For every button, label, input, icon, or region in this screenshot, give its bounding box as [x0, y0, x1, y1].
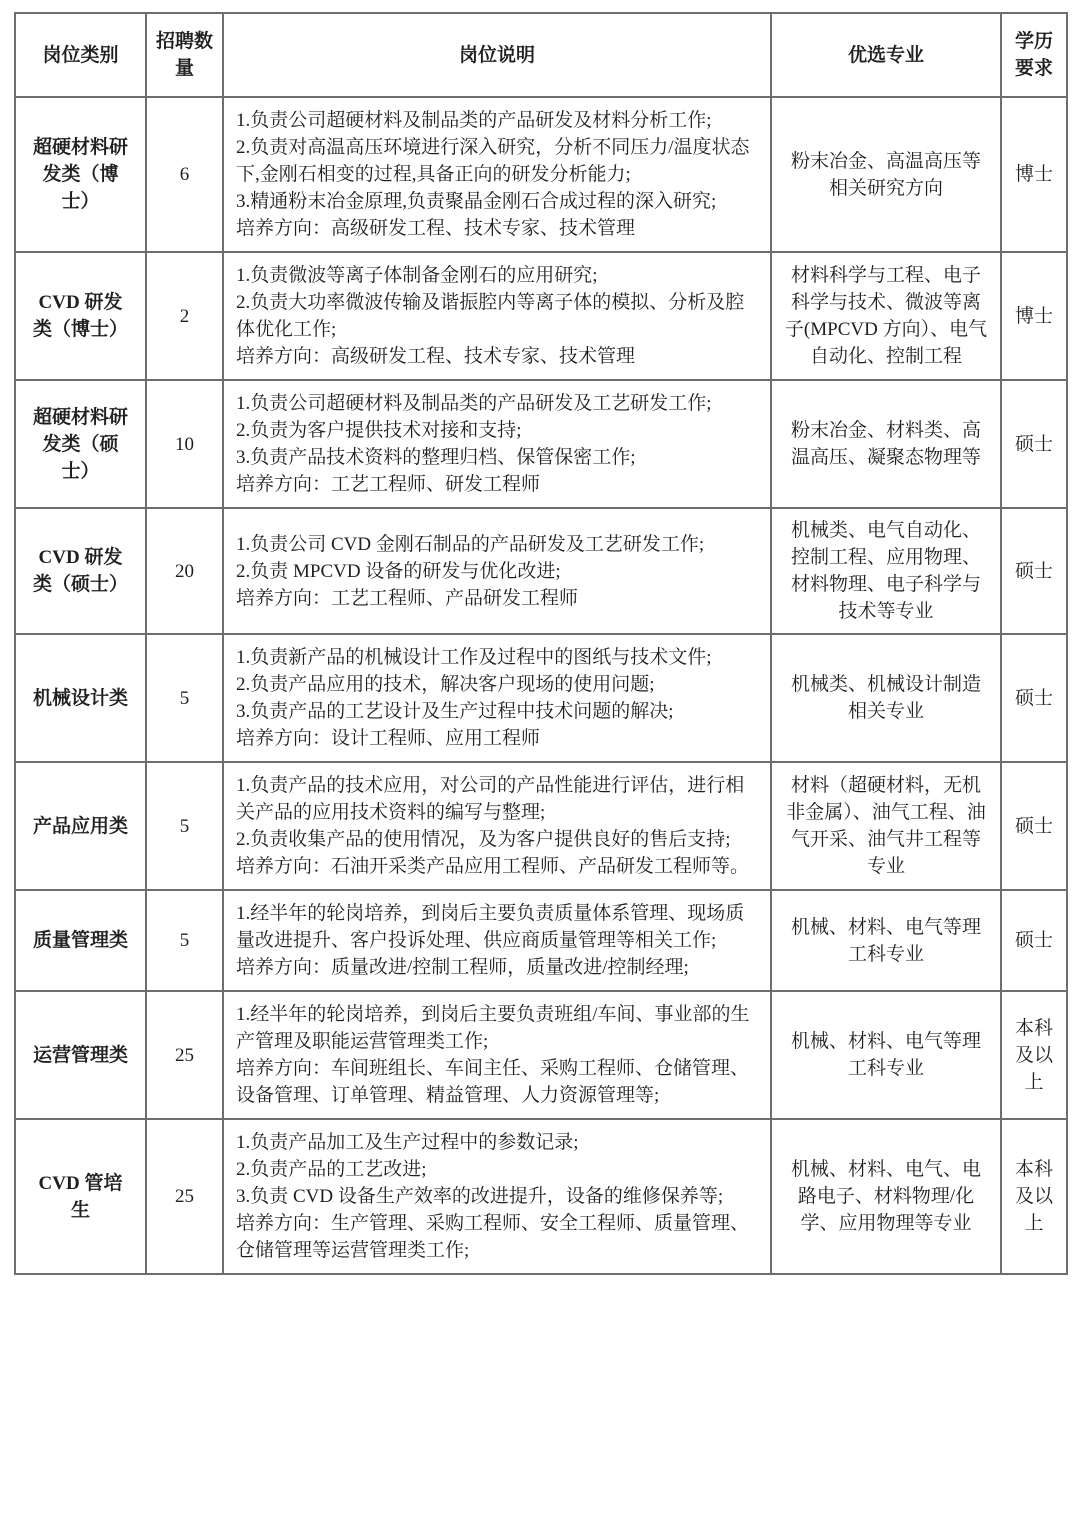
header-category: 岗位类别	[15, 13, 146, 97]
description-cell: 1.负责产品加工及生产过程中的参数记录;2.负责产品的工艺改进;3.负责 CVD…	[223, 1119, 771, 1274]
header-row: 岗位类别 招聘数量 岗位说明 优选专业 学历要求	[15, 13, 1067, 97]
education-cell: 博士	[1001, 252, 1067, 380]
category-cell: 超硬材料研发类（硕士）	[15, 380, 146, 508]
description-cell: 1.负责公司超硬材料及制品类的产品研发及材料分析工作;2.负责对高温高压环境进行…	[223, 97, 771, 252]
majors-cell: 材料科学与工程、电子科学与技术、微波等离子(MPCVD 方向）、电气自动化、控制…	[771, 252, 1001, 380]
education-cell: 硕士	[1001, 634, 1067, 762]
majors-cell: 机械类、机械设计制造相关专业	[771, 634, 1001, 762]
header-count: 招聘数量	[146, 13, 223, 97]
table-row: 超硬材料研发类（博士） 6 1.负责公司超硬材料及制品类的产品研发及材料分析工作…	[15, 97, 1067, 252]
majors-cell: 机械类、电气自动化、控制工程、应用物理、材料物理、电子科学与技术等专业	[771, 508, 1001, 634]
table-row: CVD 研发类（博士） 2 1.负责微波等离子体制备金刚石的应用研究;2.负责大…	[15, 252, 1067, 380]
description-cell: 1.负责产品的技术应用，对公司的产品性能进行评估，进行相关产品的应用技术资料的编…	[223, 762, 771, 890]
description-cell: 1.经半年的轮岗培养，到岗后主要负责班组/车间、事业部的生产管理及职能运营管理类…	[223, 991, 771, 1119]
count-cell: 2	[146, 252, 223, 380]
header-education: 学历要求	[1001, 13, 1067, 97]
majors-cell: 粉末冶金、材料类、高温高压、凝聚态物理等	[771, 380, 1001, 508]
majors-cell: 机械、材料、电气等理工科专业	[771, 890, 1001, 991]
category-cell: CVD 研发类（博士）	[15, 252, 146, 380]
count-cell: 5	[146, 634, 223, 762]
description-cell: 1.负责公司 CVD 金刚石制品的产品研发及工艺研发工作;2.负责 MPCVD …	[223, 508, 771, 634]
majors-cell: 机械、材料、电气、电路电子、材料物理/化学、应用物理等专业	[771, 1119, 1001, 1274]
table-header: 岗位类别 招聘数量 岗位说明 优选专业 学历要求	[15, 13, 1067, 97]
majors-cell: 机械、材料、电气等理工科专业	[771, 991, 1001, 1119]
table-row: 质量管理类 5 1.经半年的轮岗培养，到岗后主要负责质量体系管理、现场质量改进提…	[15, 890, 1067, 991]
education-cell: 硕士	[1001, 762, 1067, 890]
category-cell: 产品应用类	[15, 762, 146, 890]
description-cell: 1.负责微波等离子体制备金刚石的应用研究;2.负责大功率微波传输及谐振腔内等离子…	[223, 252, 771, 380]
majors-cell: 粉末冶金、高温高压等相关研究方向	[771, 97, 1001, 252]
recruitment-table: 岗位类别 招聘数量 岗位说明 优选专业 学历要求 超硬材料研发类（博士） 6 1…	[14, 12, 1068, 1275]
count-cell: 10	[146, 380, 223, 508]
table-row: 超硬材料研发类（硕士） 10 1.负责公司超硬材料及制品类的产品研发及工艺研发工…	[15, 380, 1067, 508]
table-row: CVD 管培生 25 1.负责产品加工及生产过程中的参数记录;2.负责产品的工艺…	[15, 1119, 1067, 1274]
count-cell: 5	[146, 762, 223, 890]
education-cell: 本科及以上	[1001, 991, 1067, 1119]
table-body: 超硬材料研发类（博士） 6 1.负责公司超硬材料及制品类的产品研发及材料分析工作…	[15, 97, 1067, 1274]
table-row: CVD 研发类（硕士） 20 1.负责公司 CVD 金刚石制品的产品研发及工艺研…	[15, 508, 1067, 634]
table-row: 机械设计类 5 1.负责新产品的机械设计工作及过程中的图纸与技术文件;2.负责产…	[15, 634, 1067, 762]
education-cell: 博士	[1001, 97, 1067, 252]
count-cell: 20	[146, 508, 223, 634]
education-cell: 硕士	[1001, 890, 1067, 991]
count-cell: 5	[146, 890, 223, 991]
document-page: 岗位类别 招聘数量 岗位说明 优选专业 学历要求 超硬材料研发类（博士） 6 1…	[0, 0, 1080, 1519]
category-cell: 运营管理类	[15, 991, 146, 1119]
header-majors: 优选专业	[771, 13, 1001, 97]
majors-cell: 材料（超硬材料，无机非金属）、油气工程、油气开采、油气井工程等专业	[771, 762, 1001, 890]
description-cell: 1.负责公司超硬材料及制品类的产品研发及工艺研发工作;2.负责为客户提供技术对接…	[223, 380, 771, 508]
category-cell: 超硬材料研发类（博士）	[15, 97, 146, 252]
count-cell: 6	[146, 97, 223, 252]
category-cell: 质量管理类	[15, 890, 146, 991]
education-cell: 硕士	[1001, 380, 1067, 508]
header-description: 岗位说明	[223, 13, 771, 97]
category-cell: 机械设计类	[15, 634, 146, 762]
table-row: 运营管理类 25 1.经半年的轮岗培养，到岗后主要负责班组/车间、事业部的生产管…	[15, 991, 1067, 1119]
table-row: 产品应用类 5 1.负责产品的技术应用，对公司的产品性能进行评估，进行相关产品的…	[15, 762, 1067, 890]
category-cell: CVD 管培生	[15, 1119, 146, 1274]
description-cell: 1.经半年的轮岗培养，到岗后主要负责质量体系管理、现场质量改进提升、客户投诉处理…	[223, 890, 771, 991]
category-cell: CVD 研发类（硕士）	[15, 508, 146, 634]
description-cell: 1.负责新产品的机械设计工作及过程中的图纸与技术文件;2.负责产品应用的技术，解…	[223, 634, 771, 762]
count-cell: 25	[146, 991, 223, 1119]
education-cell: 硕士	[1001, 508, 1067, 634]
count-cell: 25	[146, 1119, 223, 1274]
education-cell: 本科及以上	[1001, 1119, 1067, 1274]
